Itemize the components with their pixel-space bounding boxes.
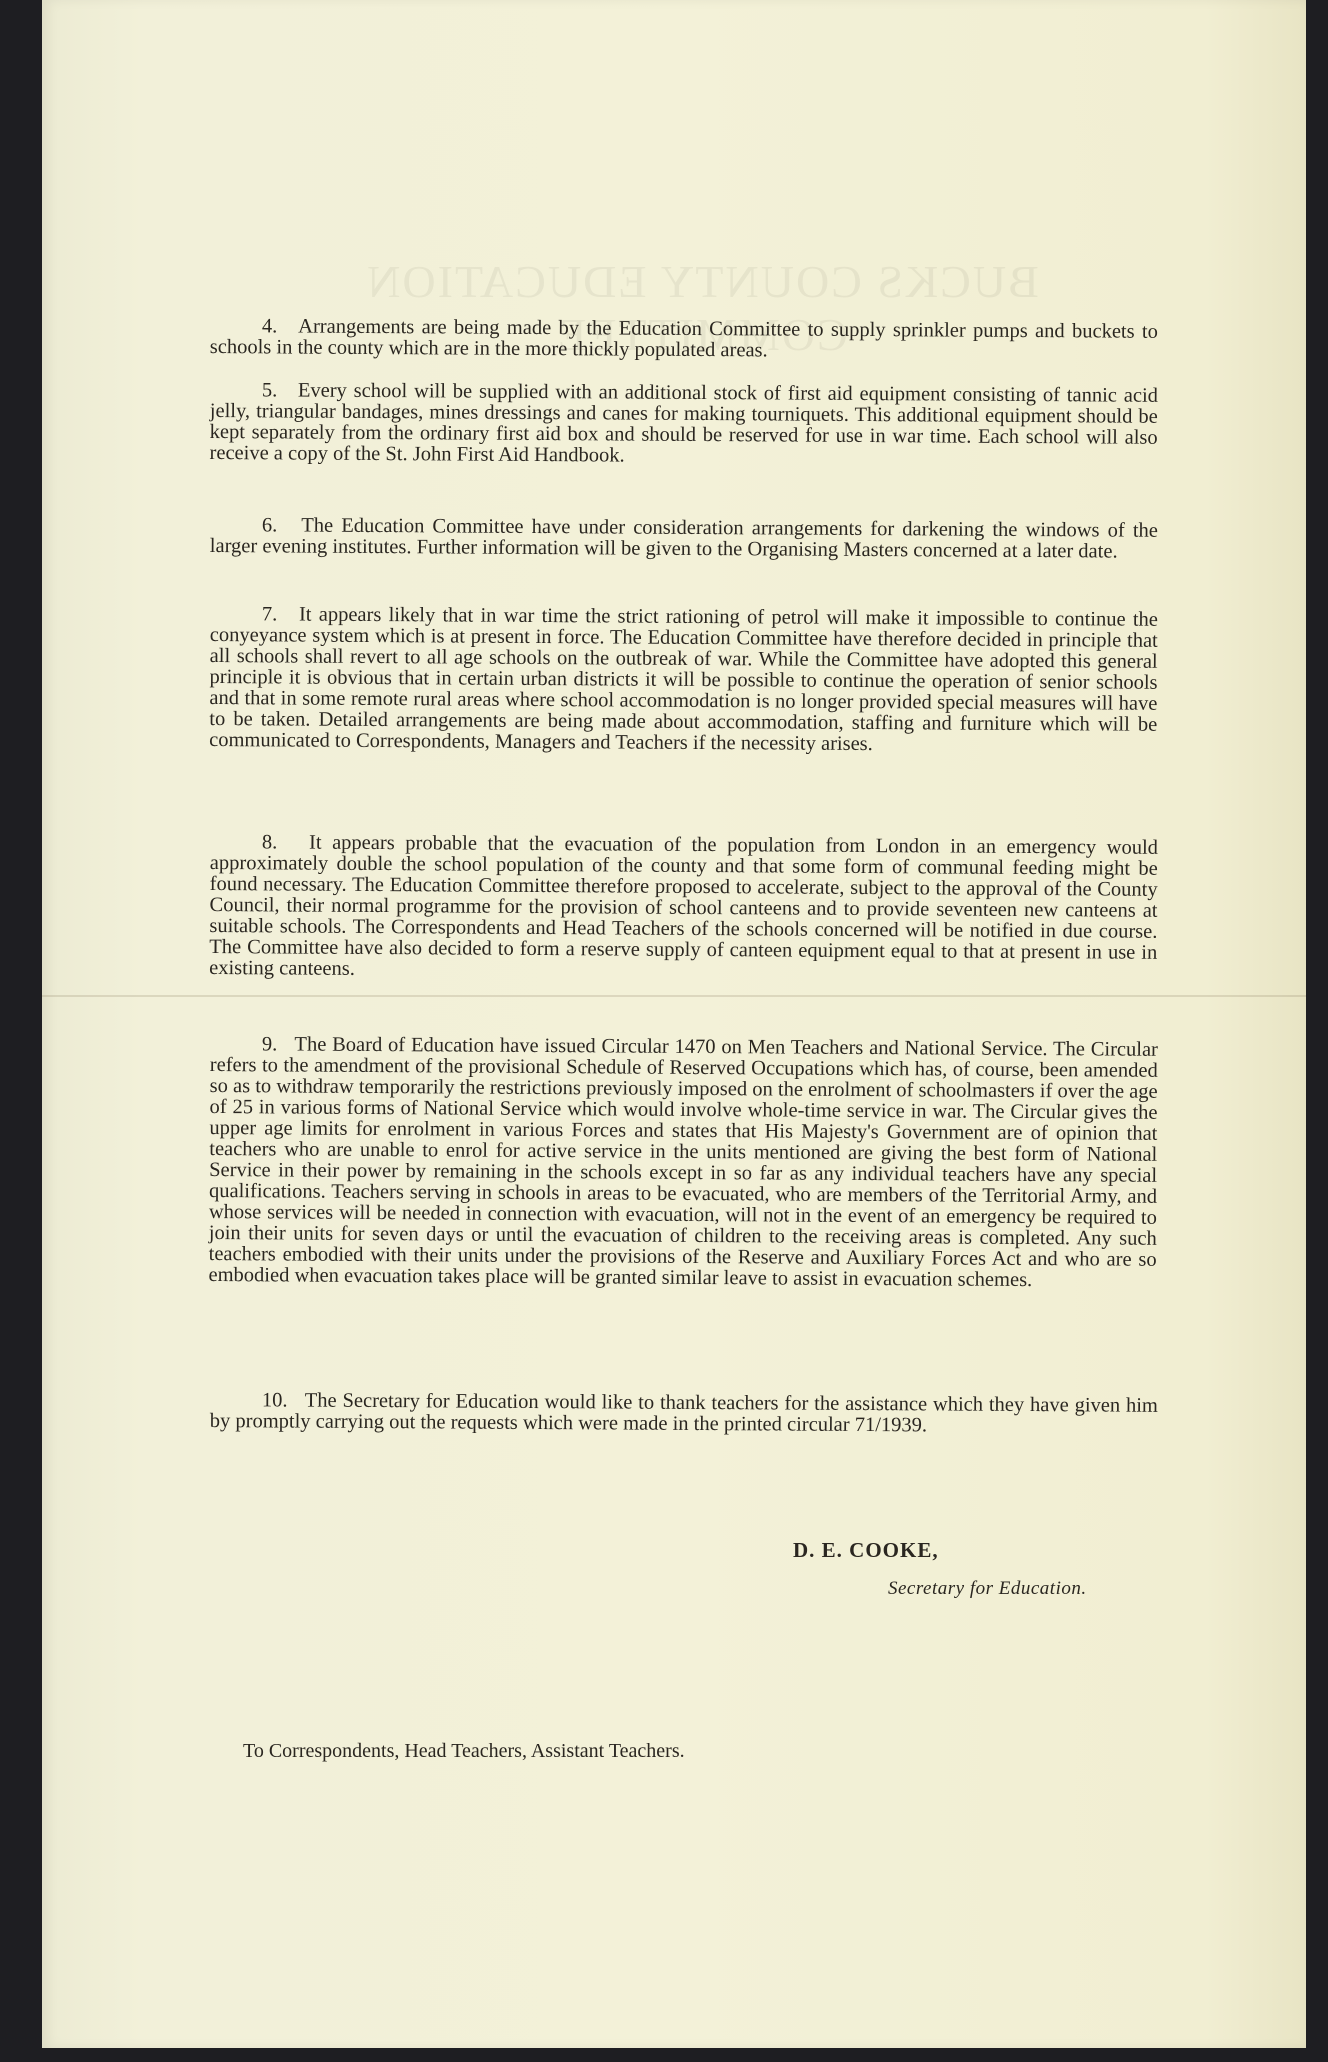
paragraph-10: 10. The Secretary for Education would li… xyxy=(210,1390,1158,1438)
paragraph-text: The Board of Education have issued Circu… xyxy=(208,1034,1158,1292)
paragraph-6: 6. The Education Committee have under co… xyxy=(210,515,1158,563)
paragraph-text: The Education Committee have under consi… xyxy=(210,515,1158,563)
paragraph-7: 7. It appears likely that in war time th… xyxy=(209,604,1158,757)
paragraph-number: 9. xyxy=(262,1033,278,1055)
paragraph-text: Arrangements are being made by the Educa… xyxy=(210,316,1158,362)
paragraph-number: 5. xyxy=(262,379,278,401)
signature-name: D. E. COOKE, xyxy=(793,1538,939,1563)
paragraph-4: 4. Arrangements are being made by the Ed… xyxy=(210,316,1158,364)
signature-title: Secretary for Education. xyxy=(888,1578,1087,1600)
paragraph-5: 5. Every school will be supplied with an… xyxy=(209,380,1157,470)
addressee-line: To Correspondents, Head Teachers, Assist… xyxy=(243,1740,685,1763)
paper-fold-line xyxy=(42,995,1306,997)
paragraph-9: 9. The Board of Education have issued Ci… xyxy=(208,1034,1158,1292)
paragraph-number: 4. xyxy=(262,315,278,337)
paragraph-text: The Secretary for Education would like t… xyxy=(210,1390,1158,1437)
paragraph-number: 7. xyxy=(262,603,278,625)
paragraph-8: 8. It appears probable that the evacuati… xyxy=(209,832,1158,985)
paragraph-number: 6. xyxy=(262,514,278,536)
paragraph-number: 8. xyxy=(262,831,278,853)
paragraph-text: Every school will be supplied with an ad… xyxy=(209,380,1158,467)
paragraph-text: It appears likely that in war time the s… xyxy=(209,604,1158,756)
paragraph-number: 10. xyxy=(262,1389,288,1411)
paragraph-text: It appears probable that the evacuation … xyxy=(209,832,1158,980)
